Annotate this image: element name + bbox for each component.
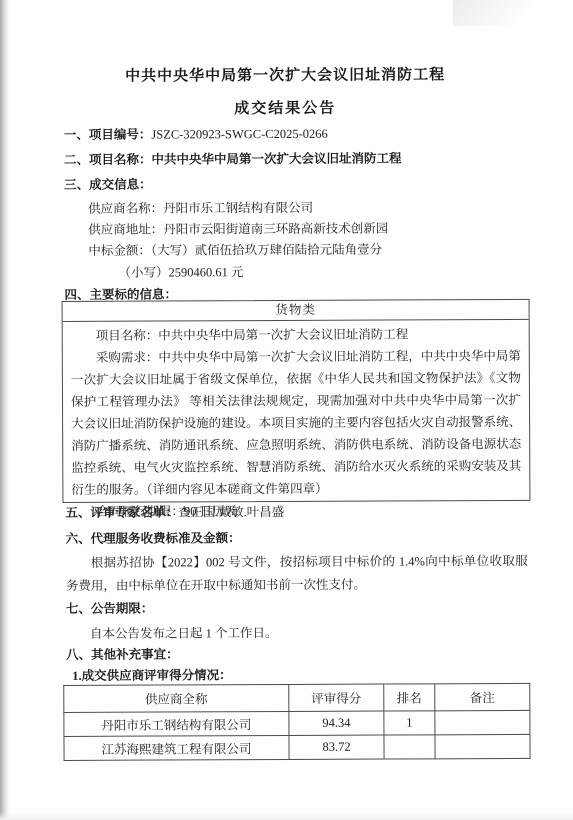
section2-label: 二、项目名称：	[64, 153, 152, 167]
goods-category-table: 货物类 项目名称：中共中央华中局第一次扩大会议旧址消防工程 采购需求：中共中央华…	[62, 299, 531, 503]
score-row2-supplier: 江苏海熙建筑工程有限公司	[64, 735, 289, 760]
section1-project-number: 一、项目编号：JSZC-320923-SWGC-C2025-0266	[64, 126, 328, 143]
section3-heading: 三、成交信息：	[64, 177, 152, 193]
score-table-header-score: 评审得分	[289, 684, 384, 711]
section7-body-line: 自本公告发布之日起 1 个工作日。	[90, 625, 278, 642]
score-table-header-rank: 排名	[384, 684, 435, 711]
score-table-header-note: 备注	[435, 683, 530, 710]
score-table-header-supplier: 供应商全称	[64, 684, 289, 712]
section5-experts: 五、评审专家名单：查正国.戴敏.叶昌盛	[65, 504, 284, 521]
section6-heading: 六、代理服务收费标准及金额：	[66, 530, 241, 547]
score-row2-rank	[384, 735, 435, 759]
score-row2-note	[435, 734, 530, 758]
score-row1-rank: 1	[384, 711, 435, 735]
goods-project-name-line: 项目名称：中共中央华中局第一次扩大会议旧址消防工程	[71, 323, 521, 347]
supplier-score-table: 供应商全称 评审得分 排名 备注 丹阳市乐工钢结构有限公司 94.34 1 江苏…	[63, 683, 530, 761]
section6-body-paragraph: 根据苏招协【2022】002 号文件，按招标项目中标价的 1.4%向中标单位收取…	[66, 550, 528, 598]
score-row1-supplier: 丹阳市乐工钢结构有限公司	[64, 711, 289, 736]
scanned-document-page: 中共中央华中局第一次扩大会议旧址消防工程 成交结果公告 一、项目编号：JSZC-…	[0, 0, 573, 820]
section7-heading: 七、公告期限：	[66, 601, 154, 617]
score-table-row-1: 丹阳市乐工钢结构有限公司 94.34 1	[64, 710, 530, 736]
document-content: 中共中央华中局第一次扩大会议旧址消防工程 成交结果公告 一、项目编号：JSZC-…	[0, 0, 573, 820]
section2-value: 中共中央华中局第一次扩大会议旧址消防工程	[151, 151, 401, 166]
section1-label: 一、项目编号：	[64, 128, 152, 142]
section5-value: 查正国.戴敏.叶昌盛	[178, 505, 284, 519]
award-amount-capital-line: 中标金额：（大写）贰佰伍拾玖万肆佰陆拾元陆角壹分	[88, 242, 382, 259]
document-title-line2: 成交结果公告	[0, 96, 572, 119]
score-row1-note	[435, 710, 530, 734]
section8-heading: 八、其他补充事宜：	[66, 646, 179, 662]
section8-subitem1: 1.成交供应商评审得分情况：	[72, 667, 231, 684]
score-row2-score: 83.72	[289, 735, 384, 759]
score-table-header-row: 供应商全称 评审得分 排名 备注	[64, 683, 530, 712]
goods-requirement-paragraph: 采购需求：中共中央华中局第一次扩大会议旧址消防工程，中共中央华中局第一次扩大会议…	[71, 345, 522, 501]
supplier-name-line: 供应商名称：丹阳市乐工钢结构有限公司	[88, 200, 313, 217]
award-amount-numeric-line: （小写）2590460.61 元	[118, 264, 243, 281]
goods-table-category-header: 货物类	[63, 300, 529, 322]
section2-project-name: 二、项目名称：中共中央华中局第一次扩大会议旧址消防工程	[64, 150, 402, 167]
score-table-row-2: 江苏海熙建筑工程有限公司 83.72	[64, 734, 530, 760]
goods-table-body: 项目名称：中共中央华中局第一次扩大会议旧址消防工程 采购需求：中共中央华中局第一…	[63, 320, 530, 523]
section5-label: 五、评审专家名单：	[65, 505, 178, 519]
document-title-line1: 中共中央华中局第一次扩大会议旧址消防工程	[0, 63, 572, 86]
section1-value: JSZC-320923-SWGC-C2025-0266	[151, 127, 327, 142]
supplier-address-line: 供应商地址：丹阳市云阳街道南三环路高新技术创新园	[88, 221, 388, 238]
score-row1-score: 94.34	[289, 711, 384, 735]
